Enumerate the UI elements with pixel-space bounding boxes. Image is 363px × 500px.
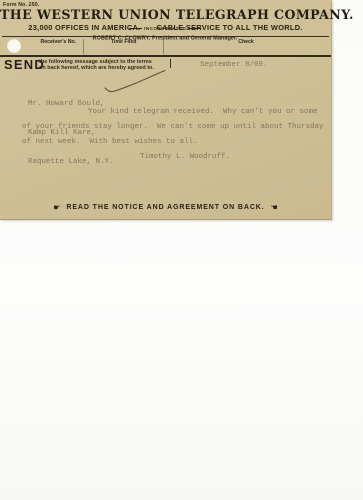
column-receivers-no: Receiver's No. [24, 39, 84, 50]
file-hole [7, 39, 21, 53]
message-line-3: of next week. With best wishes to all. [22, 138, 198, 146]
recipient-town: Raquette Lake, N.Y. [28, 158, 114, 168]
manicule-left-icon: ☚ [270, 203, 277, 212]
column-time-filed: Time Filed [84, 39, 163, 50]
notice-bar: ☛ READ THE NOTICE AND AGREEMENT ON BACK.… [0, 202, 331, 211]
table-bottom-rule [0, 55, 331, 57]
message-line-2: of your friends stay longer. We can't co… [22, 123, 324, 131]
ink-checkmark [101, 66, 171, 94]
message-line-1: Your kind telegram received. Why can't y… [88, 108, 318, 116]
date-field: September 8/09. [200, 61, 268, 69]
signature: Timothy L. Woodruff. [140, 153, 230, 161]
manicule-right-icon: ☛ [53, 203, 60, 212]
recipient-address: Mr. Howard Gould, Kamp Kill Kare, Raquet… [28, 81, 114, 188]
header-rule [2, 36, 329, 37]
scanned-page: Form No. 250. THE WESTERN UNION TELEGRAP… [0, 0, 363, 500]
column-check: Check [164, 39, 329, 50]
telegram-form: Form No. 250. THE WESTERN UNION TELEGRAP… [0, 0, 332, 220]
notice-text: READ THE NOTICE AND AGREEMENT ON BACK. [63, 204, 267, 211]
